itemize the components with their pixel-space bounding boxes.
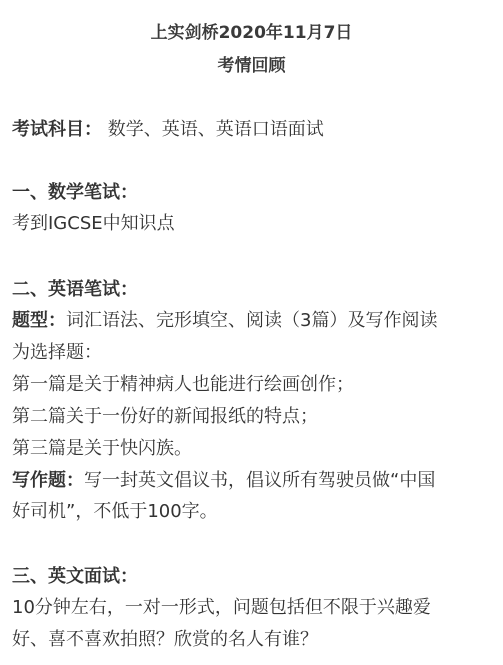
subjects-label: 考试科目： [12,119,102,140]
english-writing-value: 写一封英文倡议书，倡议所有驾驶员做“中国 [84,470,435,491]
document-title: 上实剑桥2020年11月7日 [0,17,503,49]
subjects-row: 考试科目： 数学、英语、英语口语面试 [12,114,499,146]
document-subtitle: 考情回顾 [0,50,503,82]
english-writing-row: 写作题：写一封英文倡议书，倡议所有驾驶员做“中国 [12,465,499,497]
passage-item: 第二篇关于一份好的新闻报纸的特点； [12,401,499,433]
subjects-value: 数学、英语、英语口语面试 [102,119,324,140]
math-content: 考到IGCSE中知识点 [12,208,499,240]
passage-item: 第一篇是关于精神病人也能进行绘画创作； [12,369,499,401]
passage-item: 第三篇是关于快闪族。 [12,433,499,465]
english-writing-label: 写作题： [12,470,84,491]
english-type-label: 题型： [12,310,66,331]
exam-review-document: 上实剑桥2020年11月7日 考情回顾 考试科目： 数学、英语、英语口语面试 一… [0,0,503,665]
english-type-value: 词汇语法、完形填空、阅读（3篇）及写作阅读 [66,310,437,331]
interview-heading: 三、英文面试： [12,561,499,593]
english-type-row: 题型：词汇语法、完形填空、阅读（3篇）及写作阅读 [12,305,499,337]
english-type-value-cont: 为选择题： [12,337,499,369]
english-writing-value-cont: 好司机”，不低于100字。 [12,496,499,528]
interview-content-line2: 好、喜不喜欢拍照？欣赏的名人有谁？ [12,624,499,656]
english-heading: 二、英语笔试： [12,274,499,306]
interview-content-line1: 10分钟左右，一对一形式，问题包括但不限于兴趣爱 [12,592,499,624]
math-heading: 一、数学笔试： [12,177,499,209]
